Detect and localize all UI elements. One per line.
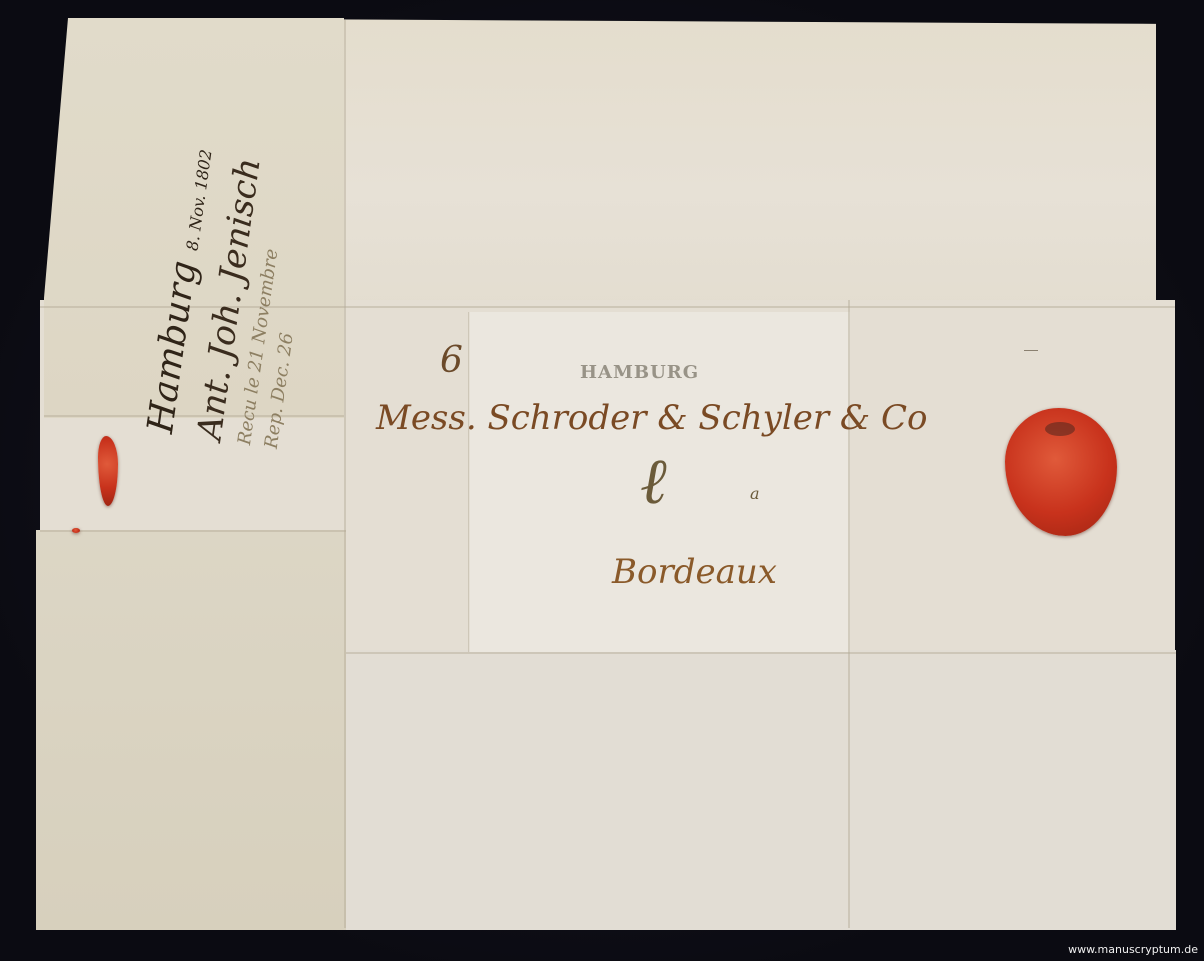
postage-rate-mark: 6 [440, 340, 463, 381]
fold-line [40, 530, 346, 532]
letter-bottom-left-panel [36, 530, 346, 930]
letter-bottom-panel [346, 650, 1176, 930]
fold-line [848, 300, 850, 928]
fold-line [346, 652, 1176, 654]
city-flourish: ℓ [640, 445, 667, 519]
addressee: Mess. Schroder & Schyler & Co [376, 398, 927, 438]
fold-line [468, 312, 469, 652]
docket-date: 8. Nov. 1802 [183, 148, 216, 252]
postmark-stamp: HAMBURG [580, 362, 699, 383]
city-prefix: a [750, 484, 760, 503]
fold-line [344, 20, 346, 928]
destination-city: Bordeaux [612, 552, 777, 592]
watermark: www.manuscryptum.de [1068, 943, 1198, 956]
wax-speck [72, 528, 80, 533]
pen-mark [1024, 350, 1038, 351]
